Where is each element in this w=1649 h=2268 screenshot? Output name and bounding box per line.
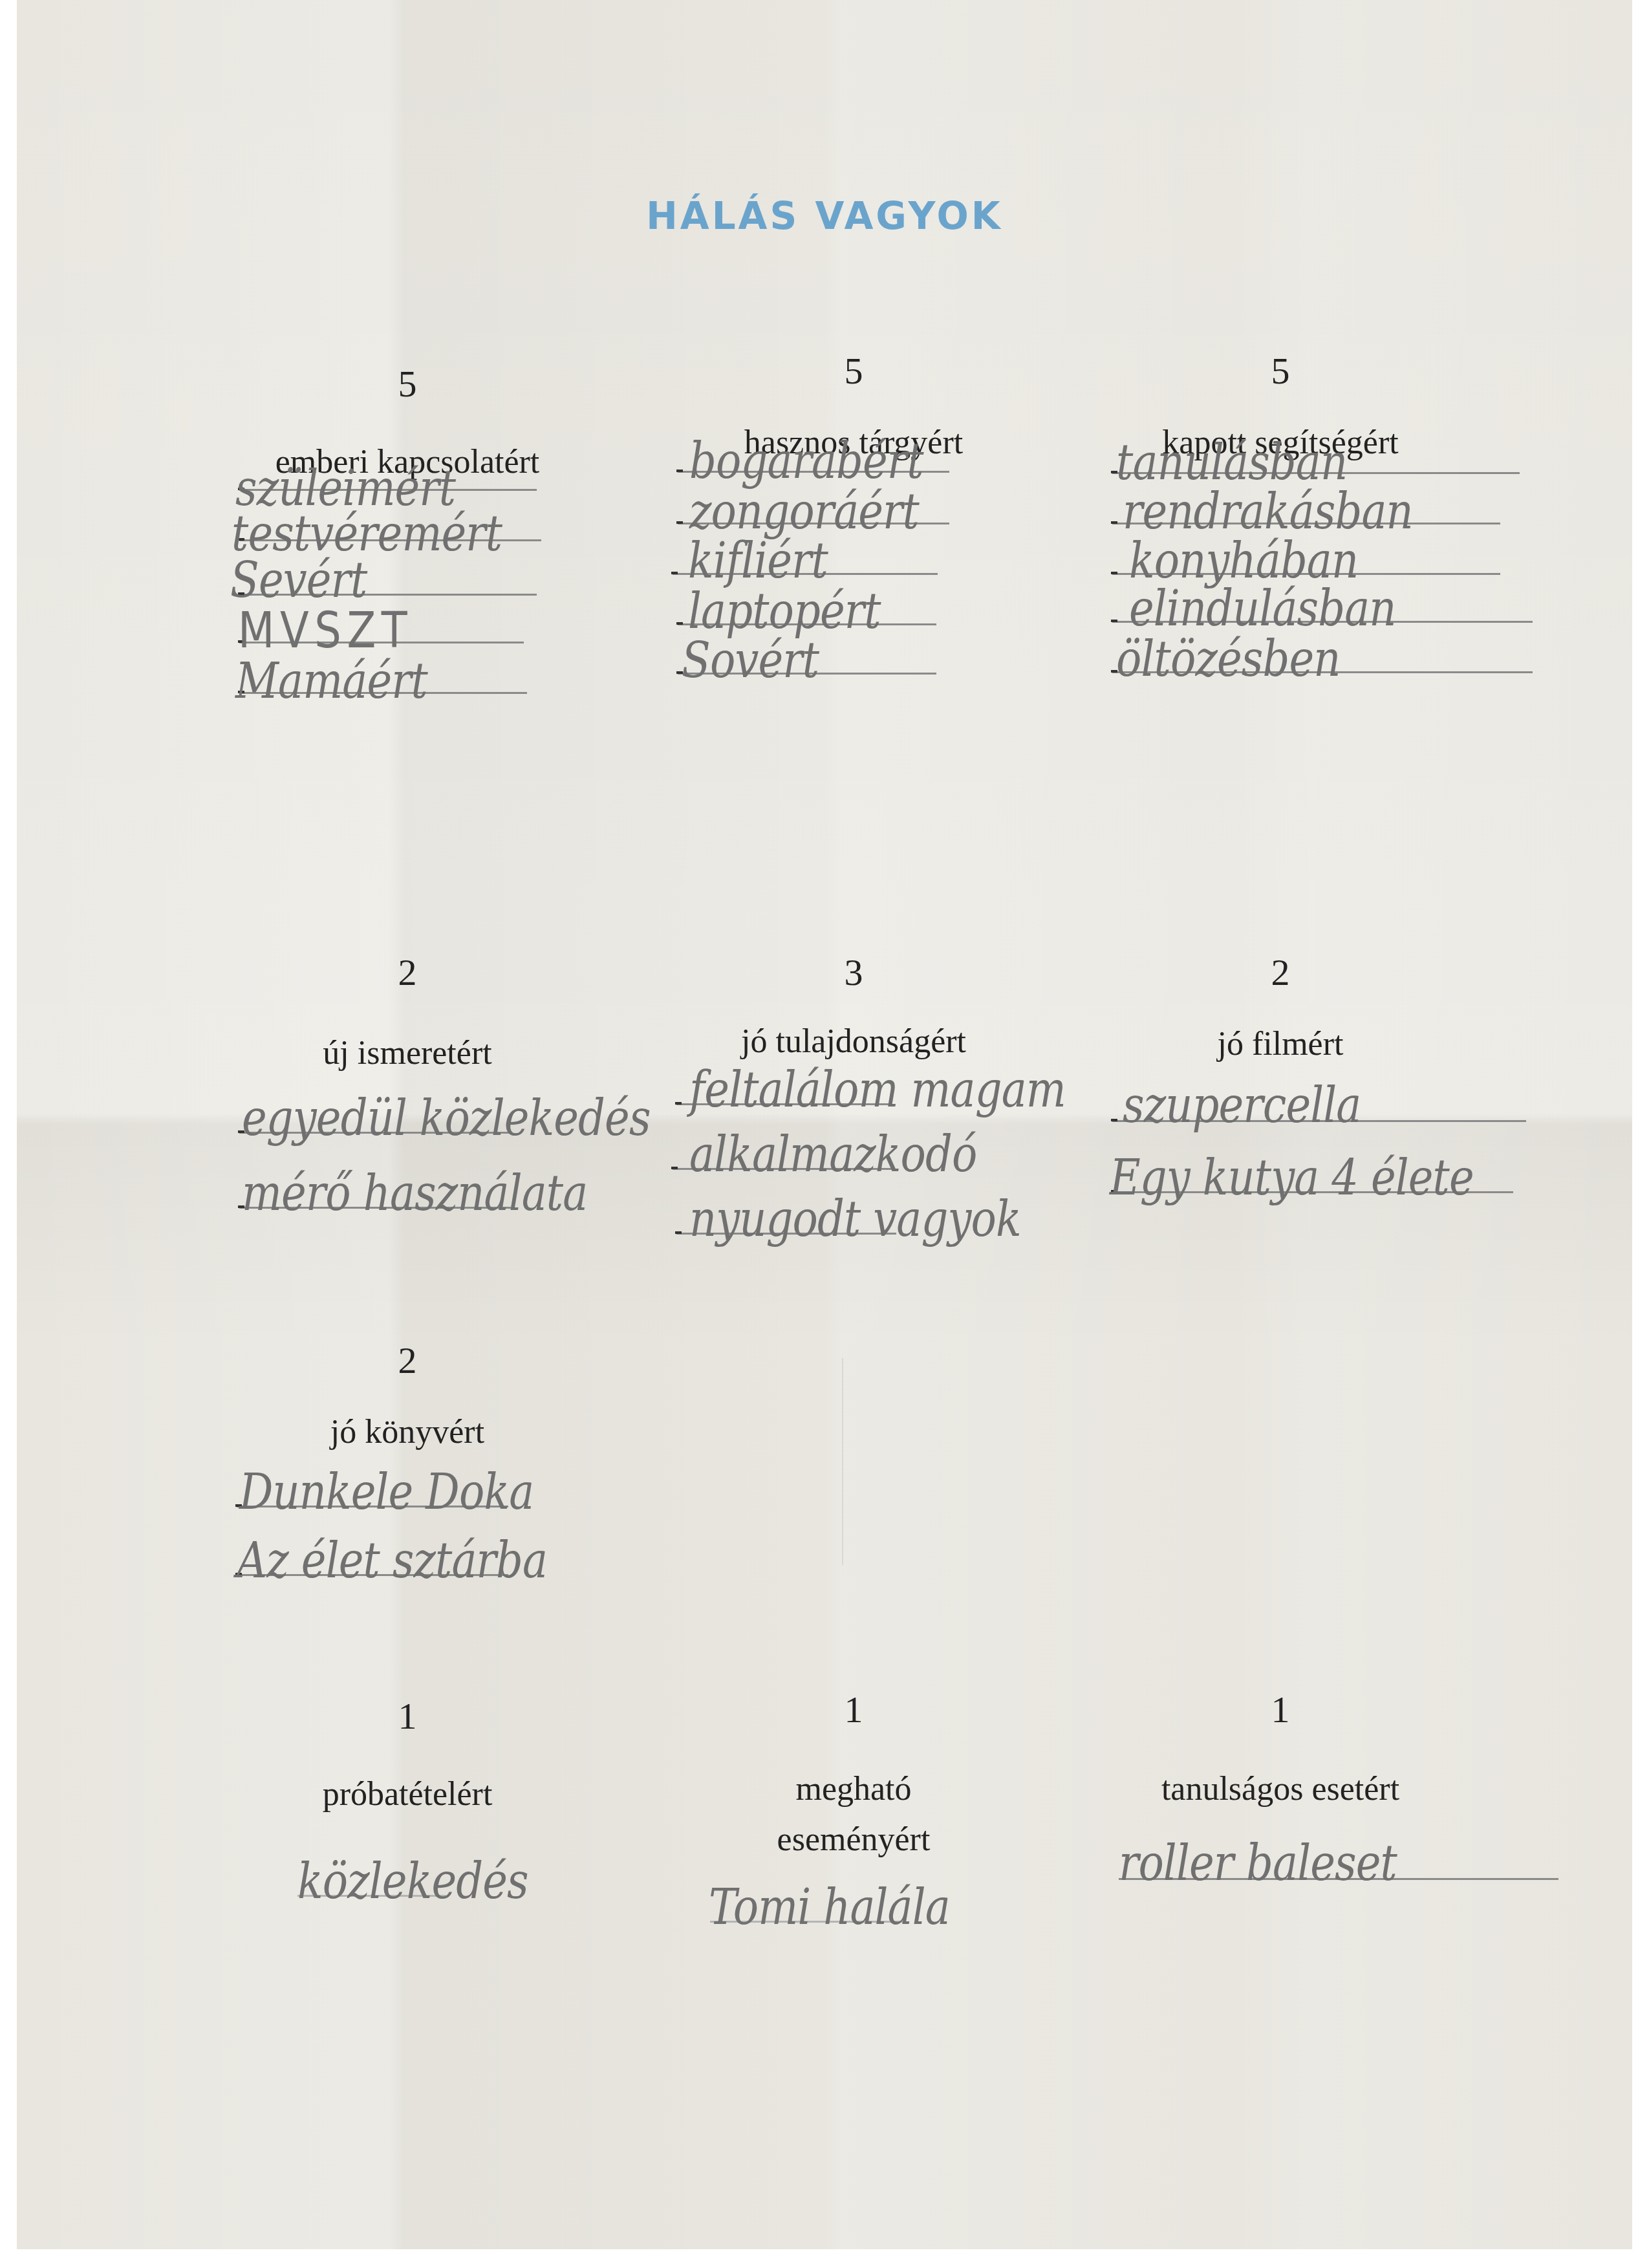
handwritten-entry: bogarabért (689, 432, 923, 490)
handwritten-entry: Sevért (230, 551, 367, 609)
handwritten-entry: mérő használata (242, 1164, 587, 1222)
answer-dash (675, 1231, 682, 1234)
section-count: 2 (200, 951, 614, 994)
section-good-film: 2 jó filmért szupercella Egy kutya 4 éle… (1073, 951, 1539, 1274)
handwritten-entry: elindulásban (1129, 579, 1396, 637)
handwritten-entry: Mamáért (235, 652, 427, 709)
handwritten-entry: egyedül közlekedés (242, 1089, 651, 1147)
answer-dash (671, 1167, 678, 1169)
handwritten-entry: nyugodt vagyok (689, 1190, 1021, 1247)
section-label: jó filmért (1073, 1026, 1487, 1063)
section-count: 3 (647, 951, 1061, 994)
handwritten-entry: feltalálom magam (689, 1061, 1066, 1118)
handwritten-entry: alkalmazkodó (689, 1125, 977, 1183)
section-useful-objects: 5 hasznos tárgyért bogarabért zongoráért… (647, 349, 1061, 854)
page-title: HÁLÁS VAGYOK (0, 194, 1649, 238)
section-label: új ismeretért (200, 1035, 614, 1072)
answer-dash (1111, 620, 1117, 622)
answer-dash (1111, 572, 1117, 574)
section-received-help: 5 kapott segítségért tanulásban rendraká… (1073, 349, 1539, 854)
handwritten-entry: Tomi halála (709, 1878, 950, 1936)
handwritten-entry: Egy kutya 4 élete (1110, 1149, 1474, 1206)
section-count: 1 (200, 1694, 614, 1738)
answer-dash (676, 622, 683, 625)
handwritten-entry: MVSZT (238, 601, 413, 659)
section-label: jó könyvért (200, 1414, 614, 1451)
section-good-book: 2 jó könyvért Dunkele Doka Az élet sztár… (200, 1339, 614, 1610)
handwritten-entry: Sovért (682, 631, 819, 689)
fold-crease (842, 1358, 843, 1565)
handwritten-entry: Dunkele Doka (239, 1463, 533, 1520)
section-label: tanulságos esetért (1073, 1771, 1487, 1808)
section-trial: 1 próbatételért közlekedés (200, 1694, 614, 1940)
section-label-line1: megható (647, 1771, 1061, 1808)
answer-dash (671, 572, 678, 574)
handwritten-entry: roller baleset (1119, 1834, 1397, 1892)
section-human-relationships: 5 emberi kapcsolatért szüleimért testvér… (200, 362, 614, 867)
handwritten-entry: kifliért (688, 532, 828, 589)
section-label-line2: eseményért (647, 1821, 1061, 1859)
section-count: 5 (1073, 349, 1487, 393)
handwritten-entry: öltözésben (1116, 630, 1341, 687)
section-count: 2 (200, 1339, 614, 1382)
section-count: 5 (647, 349, 1061, 393)
section-new-knowledge: 2 új ismeretért egyedül közlekedés mérő … (200, 951, 614, 1274)
section-count: 5 (200, 362, 614, 405)
section-good-qualities: 3 jó tulajdonságért feltalálom magam alk… (647, 951, 1061, 1313)
section-touching-event: 1 megható eseményért Tomi halála (647, 1688, 1061, 1966)
section-lesson-case: 1 tanulságos esetért roller baleset (1073, 1688, 1565, 1947)
section-count: 1 (1073, 1688, 1487, 1731)
answer-dash (1111, 1119, 1117, 1121)
section-label: jó tulajdonságért (647, 1023, 1061, 1061)
section-count: 2 (1073, 951, 1487, 994)
handwritten-entry: közlekedés (297, 1852, 528, 1910)
section-label: próbatételért (200, 1776, 614, 1813)
answer-dash (675, 1102, 682, 1105)
answer-dash (1111, 521, 1117, 524)
answer-dash (676, 521, 683, 524)
handwritten-entry: Az élet sztárba (237, 1531, 547, 1589)
answer-dash (676, 470, 683, 472)
handwritten-entry: szupercella (1123, 1076, 1361, 1134)
section-count: 1 (647, 1688, 1061, 1731)
